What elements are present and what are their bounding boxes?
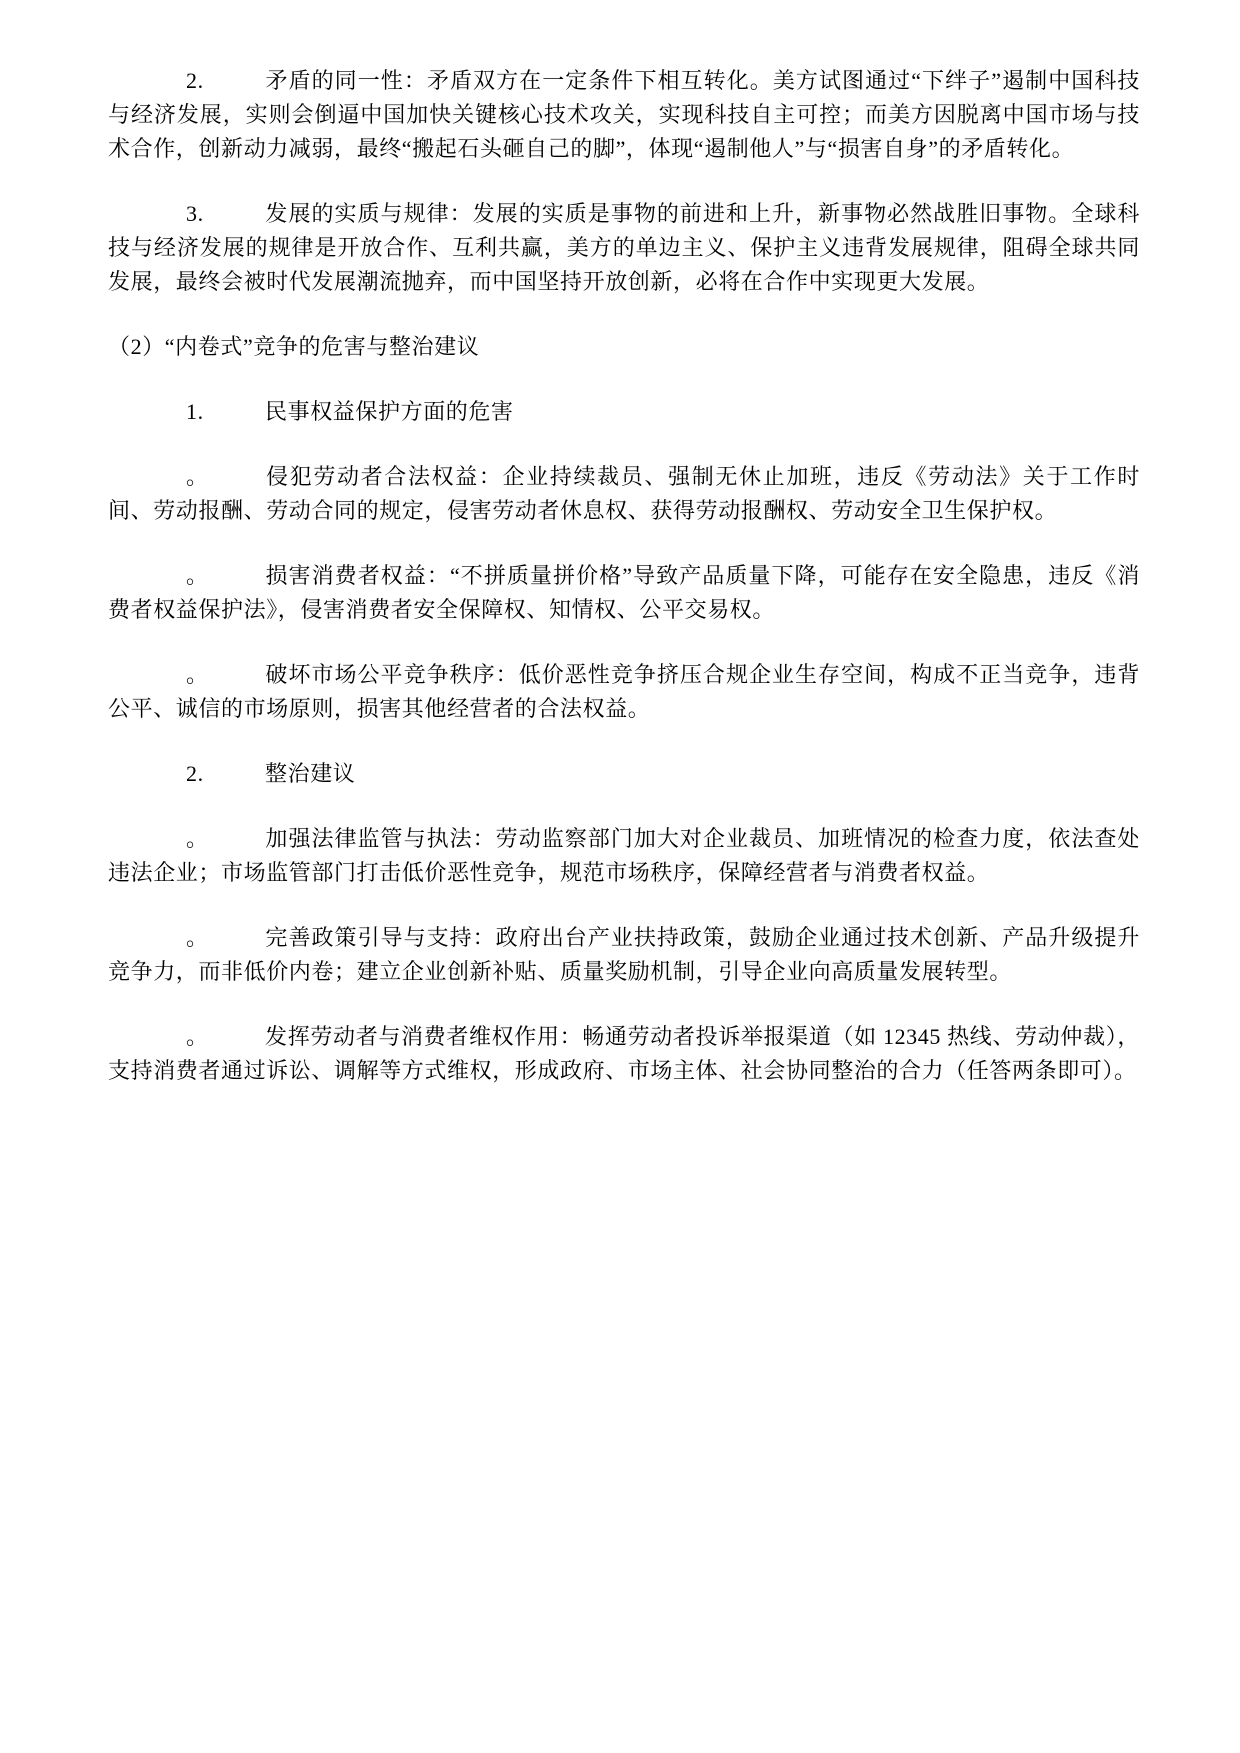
bullet-labor-rights: 。侵犯劳动者合法权益：企业持续裁员、强制无休止加班，违反《劳动法》关于工作时间、… (108, 460, 1140, 528)
list-marker: 1. (186, 395, 265, 429)
list-marker: 3. (186, 197, 265, 231)
bullet-consumer-rights: 。损害消费者权益：“不拼质量拼价格”导致产品质量下降，可能存在安全隐患，违反《消… (108, 559, 1140, 627)
bullet-legal-supervision: 。加强法律监管与执法：劳动监察部门加大对企业裁员、加班情况的检查力度，依法查处违… (108, 822, 1140, 890)
bullet-rights-protection-channels: 。发挥劳动者与消费者维权作用：畅通劳动者投诉举报渠道（如 12345 热线、劳动… (108, 1020, 1140, 1088)
paragraph-dialectics-identity: 2.矛盾的同一性：矛盾双方在一定条件下相互转化。美方试图通过“下绊子”遏制中国科… (108, 64, 1140, 166)
bullet-market-order: 。破坏市场公平竞争秩序：低价恶性竞争挤压合规企业生存空间，构成不正当竞争，违背公… (108, 658, 1140, 726)
paragraph-text: 整治建议 (265, 761, 355, 786)
list-marker: 2. (186, 757, 265, 791)
list-marker: 2. (186, 64, 265, 98)
paragraph-development-law: 3.发展的实质与规律：发展的实质是事物的前进和上升，新事物必然战胜旧事物。全球科… (108, 197, 1140, 299)
bullet-marker: 。 (186, 1020, 265, 1054)
section-heading-involution: （2）“内卷式”竞争的危害与整治建议 (108, 330, 1140, 364)
subheading-civil-rights-harm: 1.民事权益保护方面的危害 (108, 395, 1140, 429)
bullet-marker: 。 (186, 460, 265, 494)
document-body: 2.矛盾的同一性：矛盾双方在一定条件下相互转化。美方试图通过“下绊子”遏制中国科… (108, 64, 1140, 1119)
bullet-marker: 。 (186, 822, 265, 856)
subheading-remediation-advice: 2.整治建议 (108, 757, 1140, 791)
bullet-policy-guidance: 。完善政策引导与支持：政府出台产业扶持政策，鼓励企业通过技术创新、产品升级提升竞… (108, 921, 1140, 989)
bullet-marker: 。 (186, 658, 265, 692)
heading-text: （2）“内卷式”竞争的危害与整治建议 (108, 334, 479, 359)
paragraph-text: 民事权益保护方面的危害 (265, 399, 514, 424)
bullet-marker: 。 (186, 921, 265, 955)
document-page: 2.矛盾的同一性：矛盾双方在一定条件下相互转化。美方试图通过“下绊子”遏制中国科… (0, 0, 1240, 1753)
bullet-marker: 。 (186, 559, 265, 593)
